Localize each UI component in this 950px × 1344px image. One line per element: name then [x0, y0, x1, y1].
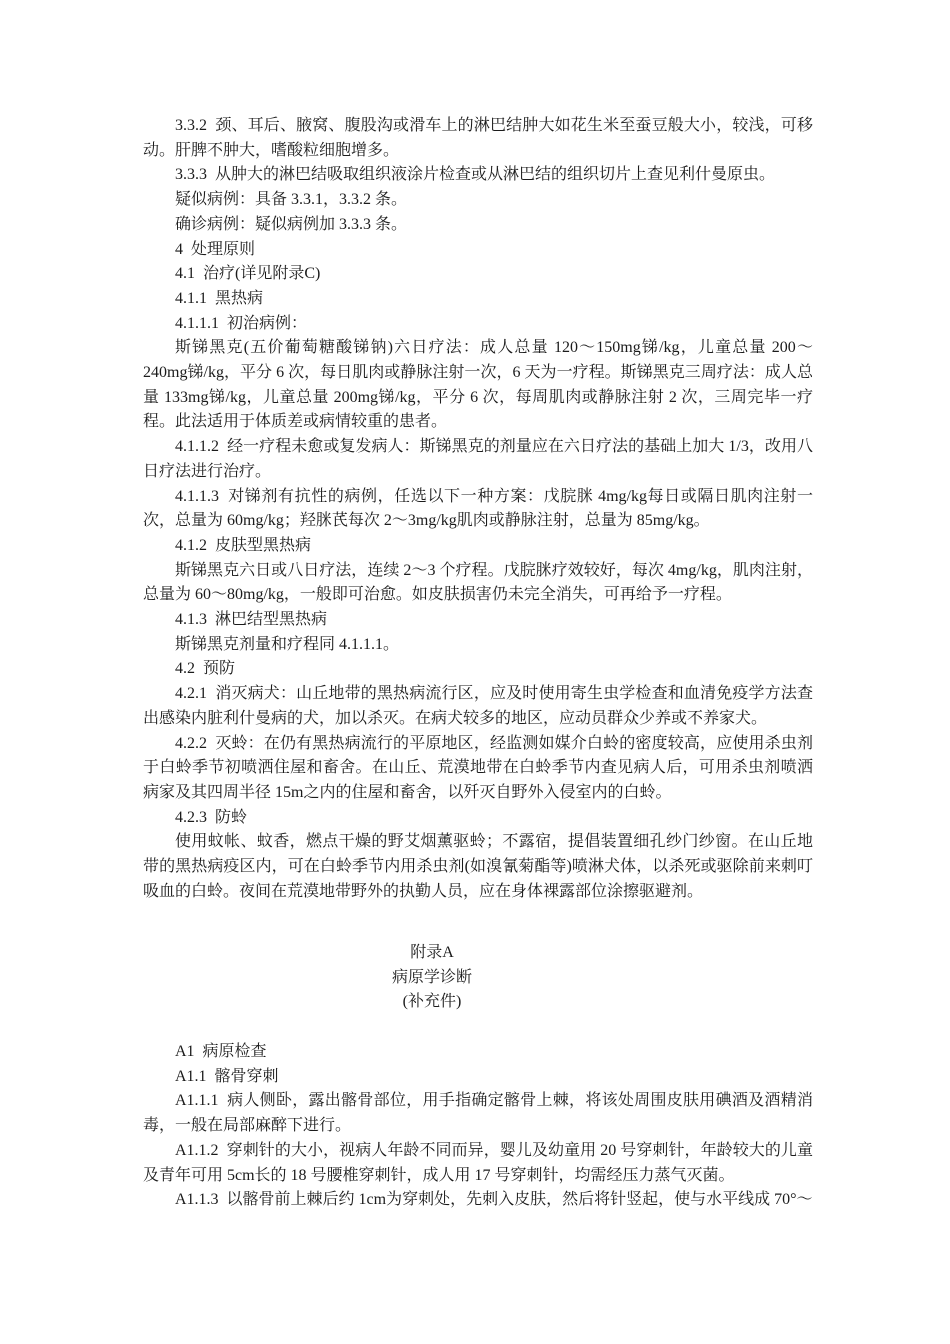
- section-a1-1-title: A1.1 髂骨穿刺: [143, 1065, 813, 1090]
- section-4-1-3-title: 4.1.3 淋巴结型黑热病: [143, 608, 813, 633]
- document-page: 3.3.2 颈、耳后、腋窝、腹股沟或滑车上的淋巴结肿大如花生米至蚕豆般大小，较浅…: [0, 0, 950, 1344]
- section-4-title: 4 处理原则: [143, 238, 813, 263]
- appendix-a-label: 附录A: [143, 941, 721, 966]
- section-4-1-1-title: 4.1.1 黑热病: [143, 287, 813, 312]
- clause-4-1-1-1-title: 4.1.1.1 初治病例：: [143, 312, 813, 337]
- clause-4-2-3-title: 4.2.3 防蛉: [143, 806, 813, 831]
- clause-4-2-2: 4.2.2 灭蛉：在仍有黑热病流行的平原地区，经监测如媒介白蛉的密度较高，应使用…: [143, 732, 813, 806]
- clause-a1-1-1: A1.1.1 病人侧卧，露出髂骨部位，用手指确定髂骨上棘，将该处周围皮肤用碘酒及…: [143, 1089, 813, 1138]
- section-4-1-3-body: 斯锑黑克剂量和疗程同 4.1.1.1。: [143, 633, 813, 658]
- clause-a1-1-3: A1.1.3 以髂骨前上棘后约 1cm为穿刺处，先刺入皮肤，然后将针竖起，使与水…: [143, 1188, 813, 1213]
- appendix-a-heading: 附录A 病原学诊断 (补充件): [143, 941, 813, 1015]
- clause-4-1-1-3: 4.1.1.3 对锑剂有抗性的病例，任选以下一种方案：戊脘脒 4mg/kg每日或…: [143, 485, 813, 534]
- section-4-1-2-body: 斯锑黑克六日或八日疗法，连续 2～3 个疗程。戊脘脒疗效较好，每次 4mg/kg…: [143, 559, 813, 608]
- appendix-a-body: A1 病原检查 A1.1 髂骨穿刺 A1.1.1 病人侧卧，露出髂骨部位，用手指…: [143, 1040, 813, 1213]
- clause-4-1-1-1-body: 斯锑黑克(五价葡萄糖酸锑钠)六日疗法：成人总量 120～150mg锑/kg，儿童…: [143, 336, 813, 435]
- section-4-1-title: 4.1 治疗(详见附录C): [143, 262, 813, 287]
- section-a1-title: A1 病原检查: [143, 1040, 813, 1065]
- suspected-case-definition: 疑似病例：具备 3.3.1，3.3.2 条。: [143, 188, 813, 213]
- section-4-1-2-title: 4.1.2 皮肤型黑热病: [143, 534, 813, 559]
- clause-a1-1-2: A1.1.2 穿刺针的大小，视病人年龄不同而异，婴儿及幼童用 20 号穿刺针，年…: [143, 1139, 813, 1188]
- clause-4-2-1: 4.2.1 消灭病犬：山丘地带的黑热病流行区，应及时使用寄生虫学检查和血清免疫学…: [143, 682, 813, 731]
- appendix-a-supplement-label: (补充件): [143, 990, 721, 1015]
- document-main-body: 3.3.2 颈、耳后、腋窝、腹股沟或滑车上的淋巴结肿大如花生米至蚕豆般大小，较浅…: [143, 114, 813, 905]
- clause-4-1-1-2: 4.1.1.2 经一疗程未愈或复发病人：斯锑黑克的剂量应在六日疗法的基础上加大 …: [143, 435, 813, 484]
- clause-4-2-3-body: 使用蚊帐、蚊香，燃点干燥的野艾烟薰驱蛉；不露宿，提倡装置细孔纱门纱窗。在山丘地带…: [143, 830, 813, 904]
- section-4-2-title: 4.2 预防: [143, 657, 813, 682]
- confirmed-case-definition: 确诊病例：疑似病例加 3.3.3 条。: [143, 213, 813, 238]
- clause-3-3-3: 3.3.3 从肿大的淋巴结吸取组织液涂片检查或从淋巴结的组织切片上查见利什曼原虫…: [143, 163, 813, 188]
- appendix-a-title: 病原学诊断: [143, 966, 721, 991]
- clause-3-3-2: 3.3.2 颈、耳后、腋窝、腹股沟或滑车上的淋巴结肿大如花生米至蚕豆般大小，较浅…: [143, 114, 813, 163]
